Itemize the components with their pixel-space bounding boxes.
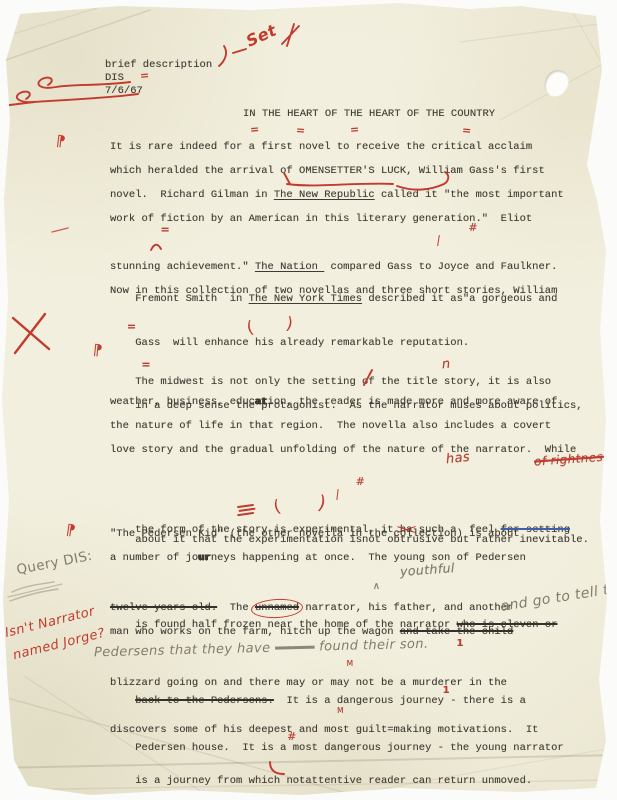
header-note: brief description <box>105 58 212 72</box>
text-segment: compared Gass to Joyce and Faulkner. <box>324 261 557 273</box>
text-segment: It is rare indeed for a first novel to r… <box>110 141 532 153</box>
insertion-caret: ∧ <box>373 582 380 592</box>
insert-space-hash-mark: # <box>468 222 477 233</box>
pencil-scribble-strike <box>8 584 62 597</box>
text-segment: weather, business, educ <box>110 396 255 408</box>
title-emphasis-mark: = <box>296 125 306 137</box>
page-title: IN THE HEART OF THE HEART OF THE COUNTRY <box>243 107 495 121</box>
text-segment: unnamed <box>255 602 299 614</box>
set-flourish <box>282 24 299 46</box>
text-segment: novel. Richard Gilman in <box>110 189 274 201</box>
paper-sheet: brief description DIS 7/6/67 IN THE HEAR… <box>0 0 617 800</box>
emphasis-mark: = <box>127 321 136 332</box>
text-segment: found their son. <box>314 637 428 655</box>
text-segment: twelve years old. <box>110 602 217 614</box>
typed-line: the nature of life in that region. The n… <box>110 419 551 433</box>
capitalize-mark: = <box>141 359 150 370</box>
pencil-scribble <box>10 582 58 601</box>
text-segment: The New Republic <box>274 189 375 201</box>
insert-space-tick <box>437 235 440 246</box>
letter-n-correction: n <box>442 358 452 372</box>
set-connector-paren <box>219 46 226 66</box>
text-segment: neys happening at once. The young son of… <box>211 552 526 564</box>
text-segment: man who works on the farm, hitch up the … <box>110 626 400 638</box>
em-dash-mark-one: 1 <box>457 639 464 649</box>
text-segment: ~~~~ <box>275 640 315 656</box>
typed-line: "The Pedersen Kid" (the other novella in… <box>110 527 520 541</box>
of-rightness-struck-note: of rightness <box>533 450 610 468</box>
text-segment: is a journey from which notattentive rea… <box>135 775 532 787</box>
typed-line: # is a journey from which notattentive r… <box>110 746 532 788</box>
title-emphasis-mark: = <box>462 125 472 137</box>
text-segment: at <box>255 396 268 408</box>
paragraph-pilcrow-mark: ¶ <box>55 133 66 149</box>
paper-tear-hole <box>542 67 571 99</box>
has-correction: has <box>445 451 470 467</box>
typed-line: man who works on the farm, hitch up the … <box>110 625 513 639</box>
text-segment: ur <box>198 552 211 564</box>
text-segment: love story and the gradual unfolding of … <box>110 444 576 456</box>
text-segment: "The Pedersen Kid" (the other novella in… <box>110 528 520 540</box>
text-segment: which heralded the arrival of OMENSETTER… <box>110 165 545 177</box>
em-dash-mark-one: 1 <box>443 686 450 696</box>
margin-x-mark <box>13 314 49 353</box>
query-dis-note: Query DIS: <box>15 549 93 578</box>
text-segment: narrator, his father, and another <box>299 602 513 614</box>
text-segment: The <box>217 602 255 614</box>
insert-space-hash-mark: # <box>287 731 296 742</box>
em-dash-mark-em: M <box>337 707 343 715</box>
set-annotation: Set <box>244 22 279 50</box>
typed-line: It is rare indeed for a first novel to r… <box>110 140 532 154</box>
text-segment: stunning achievement." <box>110 261 255 273</box>
em-dash-mark-em: M <box>347 660 353 668</box>
header-dis: DIS <box>105 71 124 85</box>
date-strike-tail <box>2 102 34 106</box>
typed-line: a number of journeys happening at once. … <box>110 551 526 565</box>
set-connector-dash <box>233 49 246 53</box>
typed-line: Now in this collection of two novellas a… <box>110 284 557 298</box>
paragraph-pilcrow-mark: ¶ <box>65 522 77 538</box>
text-segment: The Nation <box>255 261 324 273</box>
margin-dash <box>52 228 68 232</box>
text-segment: called it "the most important <box>375 189 564 201</box>
typed-line: stunning achievement." The Nation compar… <box>110 260 557 274</box>
text-segment: discovers some of his deepest and most g… <box>110 724 538 736</box>
typed-line: novel. Richard Gilman in The New Republi… <box>110 188 564 202</box>
youthful-insertion: youthful <box>400 561 456 578</box>
insert-space-hash-mark: # <box>356 476 365 487</box>
typed-line: twelve years old. The unnamed narrator, … <box>110 601 513 615</box>
manuscript-page-scan: brief description DIS 7/6/67 IN THE HEAR… <box>0 0 617 800</box>
typed-line: weather, business, education, the reader… <box>110 395 557 409</box>
title-emphasis-mark: = <box>350 124 360 136</box>
typed-line: love story and the gradual unfolding of … <box>110 443 576 457</box>
insert-space-tick <box>336 489 338 500</box>
emphasis-mark: = <box>140 70 150 82</box>
text-segment: a number of jo <box>110 552 198 564</box>
text-segment: Now in this collection of two novellas a… <box>110 285 557 297</box>
typed-line: discovers some of his deepest and most g… <box>110 723 538 737</box>
omensetter-underline <box>287 184 393 186</box>
text-segment: ion, the reader is made more and more aw… <box>268 396 558 408</box>
header-date: 7/6/67 <box>105 84 143 98</box>
title-emphasis-mark: = <box>250 124 260 136</box>
typed-line: which heralded the arrival of OMENSETTER… <box>110 164 545 178</box>
paragraph-pilcrow-mark: ¶ <box>92 343 103 359</box>
text-segment: the nature of life in that region. The n… <box>110 420 551 432</box>
insert-hyphen-mark: = <box>161 224 170 235</box>
